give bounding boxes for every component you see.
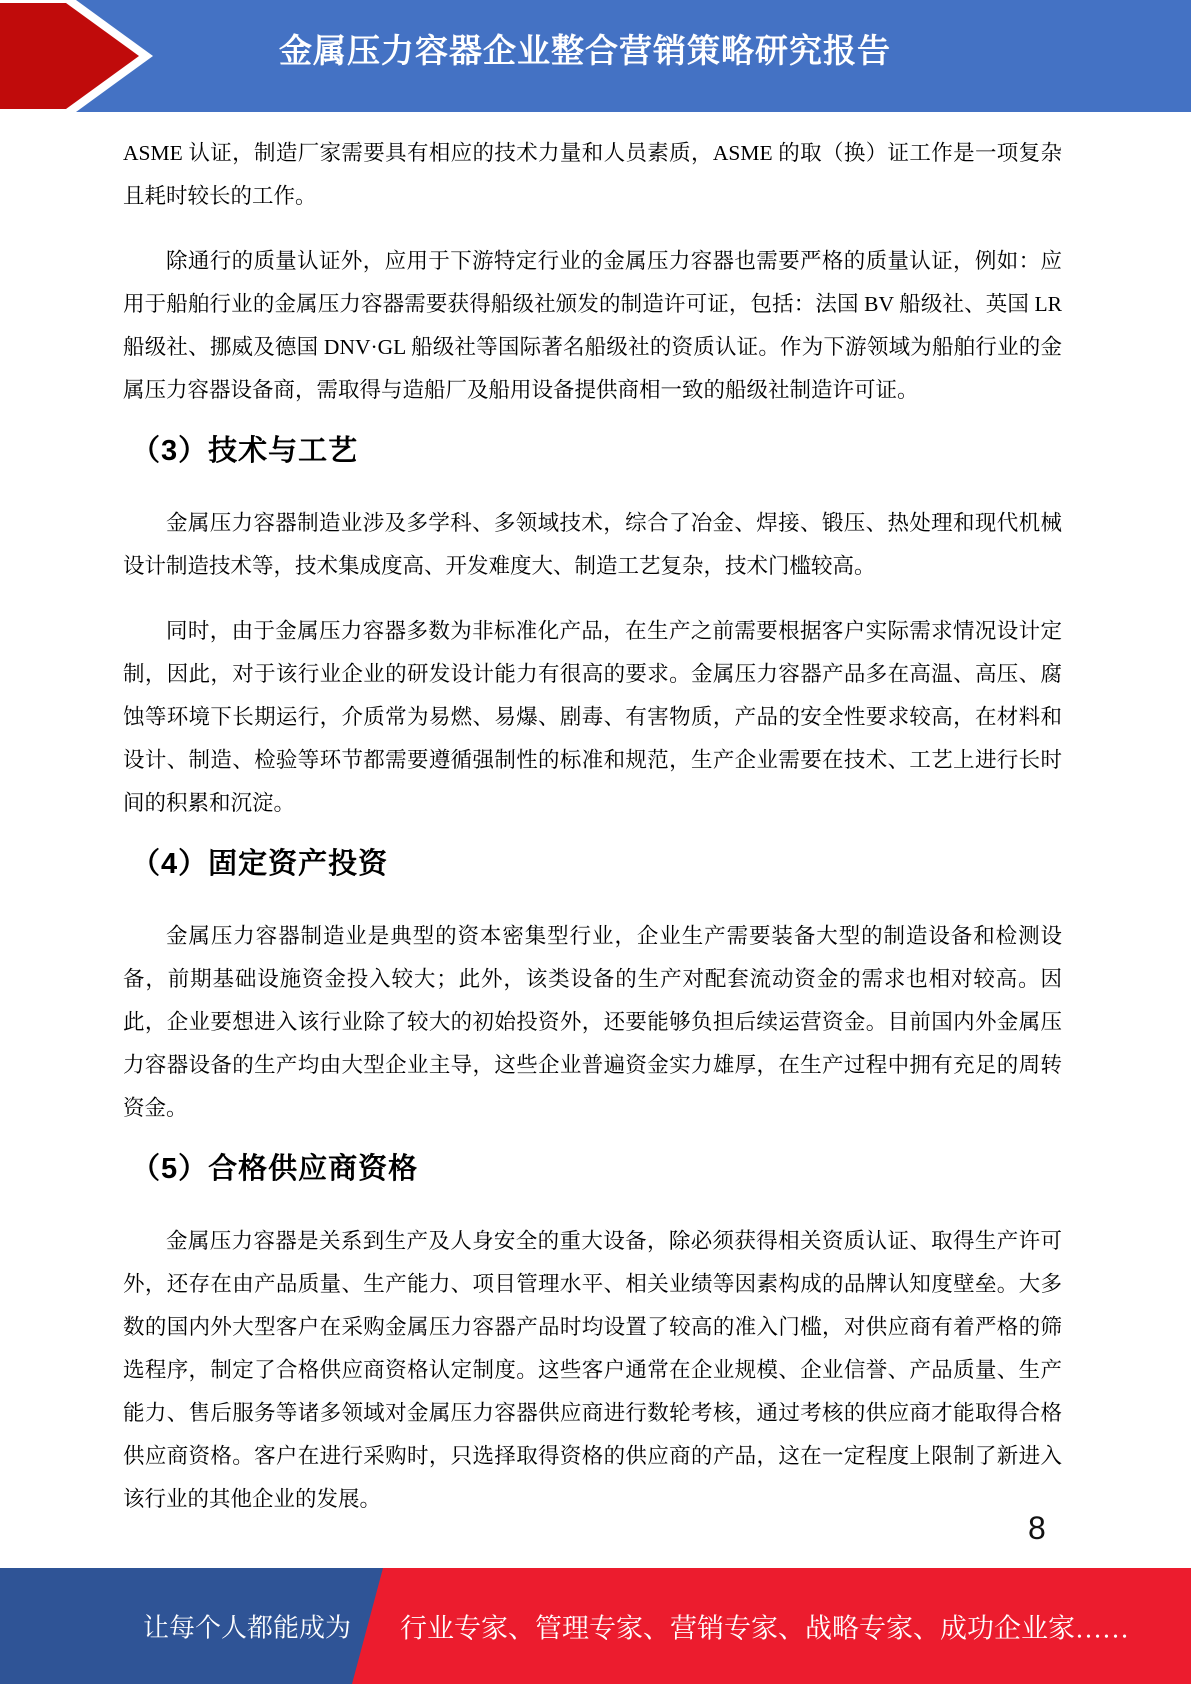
paragraph: ASME 认证，制造厂家需要具有相应的技术力量和人员素质，ASME 的取（换）证… xyxy=(123,132,1062,218)
report-title: 金属压力容器企业整合营销策略研究报告 xyxy=(30,0,1140,96)
footer-slogan-right: 行业专家、管理专家、营销专家、战略专家、成功企业家…… xyxy=(400,1607,1129,1646)
footer-slogan-left: 让每个人都能成为 xyxy=(143,1608,351,1645)
section-heading-5: （5）合格供应商资格 xyxy=(123,1152,1062,1186)
footer: 让每个人都能成为 行业专家、管理专家、营销专家、战略专家、成功企业家…… xyxy=(0,1568,1191,1684)
paragraph: 金属压力容器制造业涉及多学科、多领域技术，综合了冶金、焊接、锻压、热处理和现代机… xyxy=(123,502,1062,588)
paragraph: 金属压力容器是关系到生产及人身安全的重大设备，除必须获得相关资质认证、取得生产许… xyxy=(123,1220,1062,1521)
paragraph: 除通行的质量认证外，应用于下游特定行业的金属压力容器也需要严格的质量认证，例如：… xyxy=(123,240,1062,412)
report-header: 金属压力容器企业整合营销策略研究报告 xyxy=(0,0,1191,112)
section-heading-3: （3）技术与工艺 xyxy=(123,434,1062,468)
paragraph: 同时，由于金属压力容器多数为非标准化产品，在生产之前需要根据客户实际需求情况设计… xyxy=(123,610,1062,825)
section-heading-4: （4）固定资产投资 xyxy=(123,847,1062,881)
paragraph: 金属压力容器制造业是典型的资本密集型行业，企业生产需要装备大型的制造设备和检测设… xyxy=(123,915,1062,1130)
page-number: 8 xyxy=(1028,1510,1046,1547)
document-body: ASME 认证，制造厂家需要具有相应的技术力量和人员素质，ASME 的取（换）证… xyxy=(123,112,1062,1543)
